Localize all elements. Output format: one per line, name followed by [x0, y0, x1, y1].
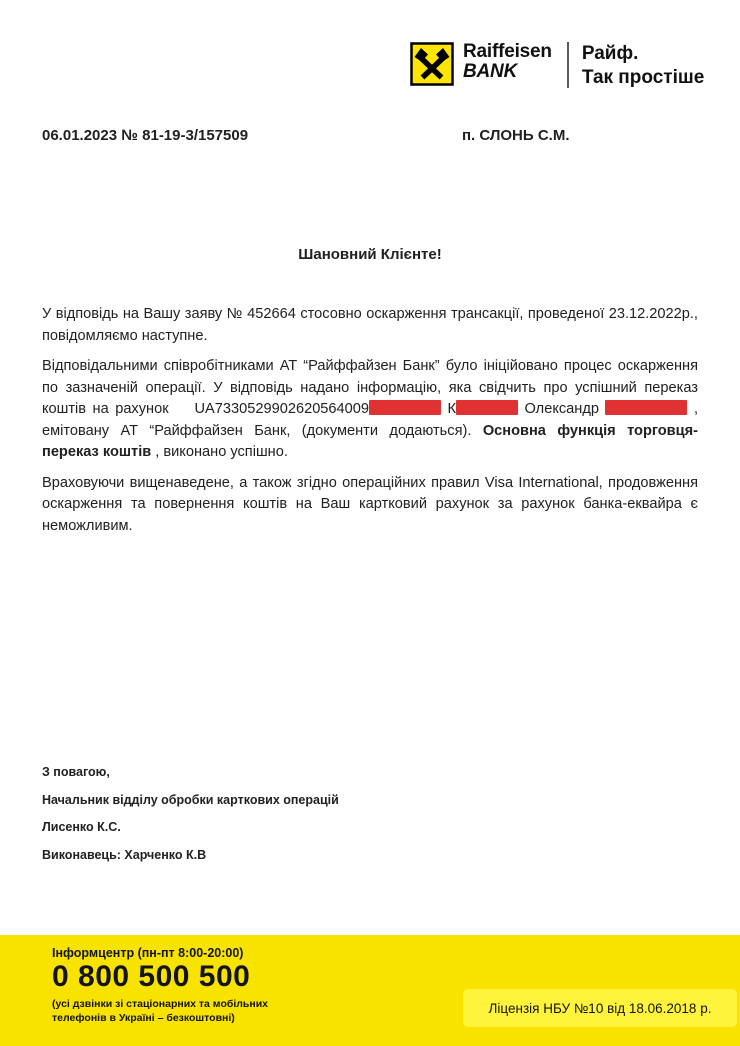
redaction-bar: [369, 400, 441, 415]
paragraph-2-text: К: [441, 401, 456, 417]
license-badge: Ліцензія НБУ №10 від 18.06.2018 р.: [463, 989, 737, 1027]
letter-page: Raiffeisen BANK Райф. Так простіше 06.01…: [0, 0, 740, 1046]
letter-body: У відповідь на Вашу заяву № 452664 стосо…: [42, 304, 698, 546]
tagline-line1: Райф.: [582, 42, 704, 66]
redaction-bar: [605, 400, 687, 415]
paragraph-2-text: Олександр: [518, 401, 605, 417]
logo-divider: [567, 42, 569, 88]
redaction-bar: [456, 400, 518, 415]
salutation: Шановний Клієнте!: [42, 246, 698, 263]
paragraph-1: У відповідь на Вашу заяву № 452664 стосо…: [42, 304, 698, 347]
addressee: п. СЛОНЬ С.М.: [462, 127, 570, 144]
tagline-line2: Так простіше: [582, 66, 704, 90]
paragraph-2: Відповідальними співробітниками АТ “Райф…: [42, 356, 698, 464]
brand-wordmark: Raiffeisen BANK: [463, 42, 552, 82]
phone-number: 0 800 500 500: [52, 961, 268, 993]
paragraph-2-text: , виконано успішно.: [151, 444, 288, 460]
signature-name: Лисенко К.С.: [42, 821, 339, 834]
raiffeisen-gable-cross-icon: [410, 42, 454, 86]
document-reference: 06.01.2023 № 81-19-3/157509: [42, 127, 248, 144]
raiffeisen-logo: Raiffeisen BANK Райф. Так простіше: [410, 42, 704, 90]
infocenter-label: Інформцентр (пн-пт 8:00-20:00): [52, 946, 268, 960]
brand-tagline: Райф. Так простіше: [582, 42, 704, 90]
brand-sub: BANK: [463, 62, 552, 82]
signature-block: З повагою, Начальник відділу обробки кар…: [42, 766, 339, 876]
call-note-line2: телефонів в Україні – безкоштовні): [52, 1011, 268, 1025]
signature-regards: З повагою,: [42, 766, 339, 779]
license-text: Ліцензія НБУ №10 від 18.06.2018 р.: [489, 1001, 712, 1016]
contact-block: Інформцентр (пн-пт 8:00-20:00) 0 800 500…: [52, 946, 268, 1025]
paragraph-3: Враховуючи вищенаведене, а також згідно …: [42, 473, 698, 538]
footer-band: Інформцентр (пн-пт 8:00-20:00) 0 800 500…: [0, 935, 740, 1046]
call-note-line1: (усі дзвінки зі стаціонарних та мобільни…: [52, 997, 268, 1011]
signature-title: Начальник відділу обробки карткових опер…: [42, 794, 339, 807]
signature-executor: Виконавець: Харченко К.В: [42, 849, 339, 862]
brand-name: Raiffeisen: [463, 42, 552, 62]
call-note: (усі дзвінки зі стаціонарних та мобільни…: [52, 997, 268, 1025]
